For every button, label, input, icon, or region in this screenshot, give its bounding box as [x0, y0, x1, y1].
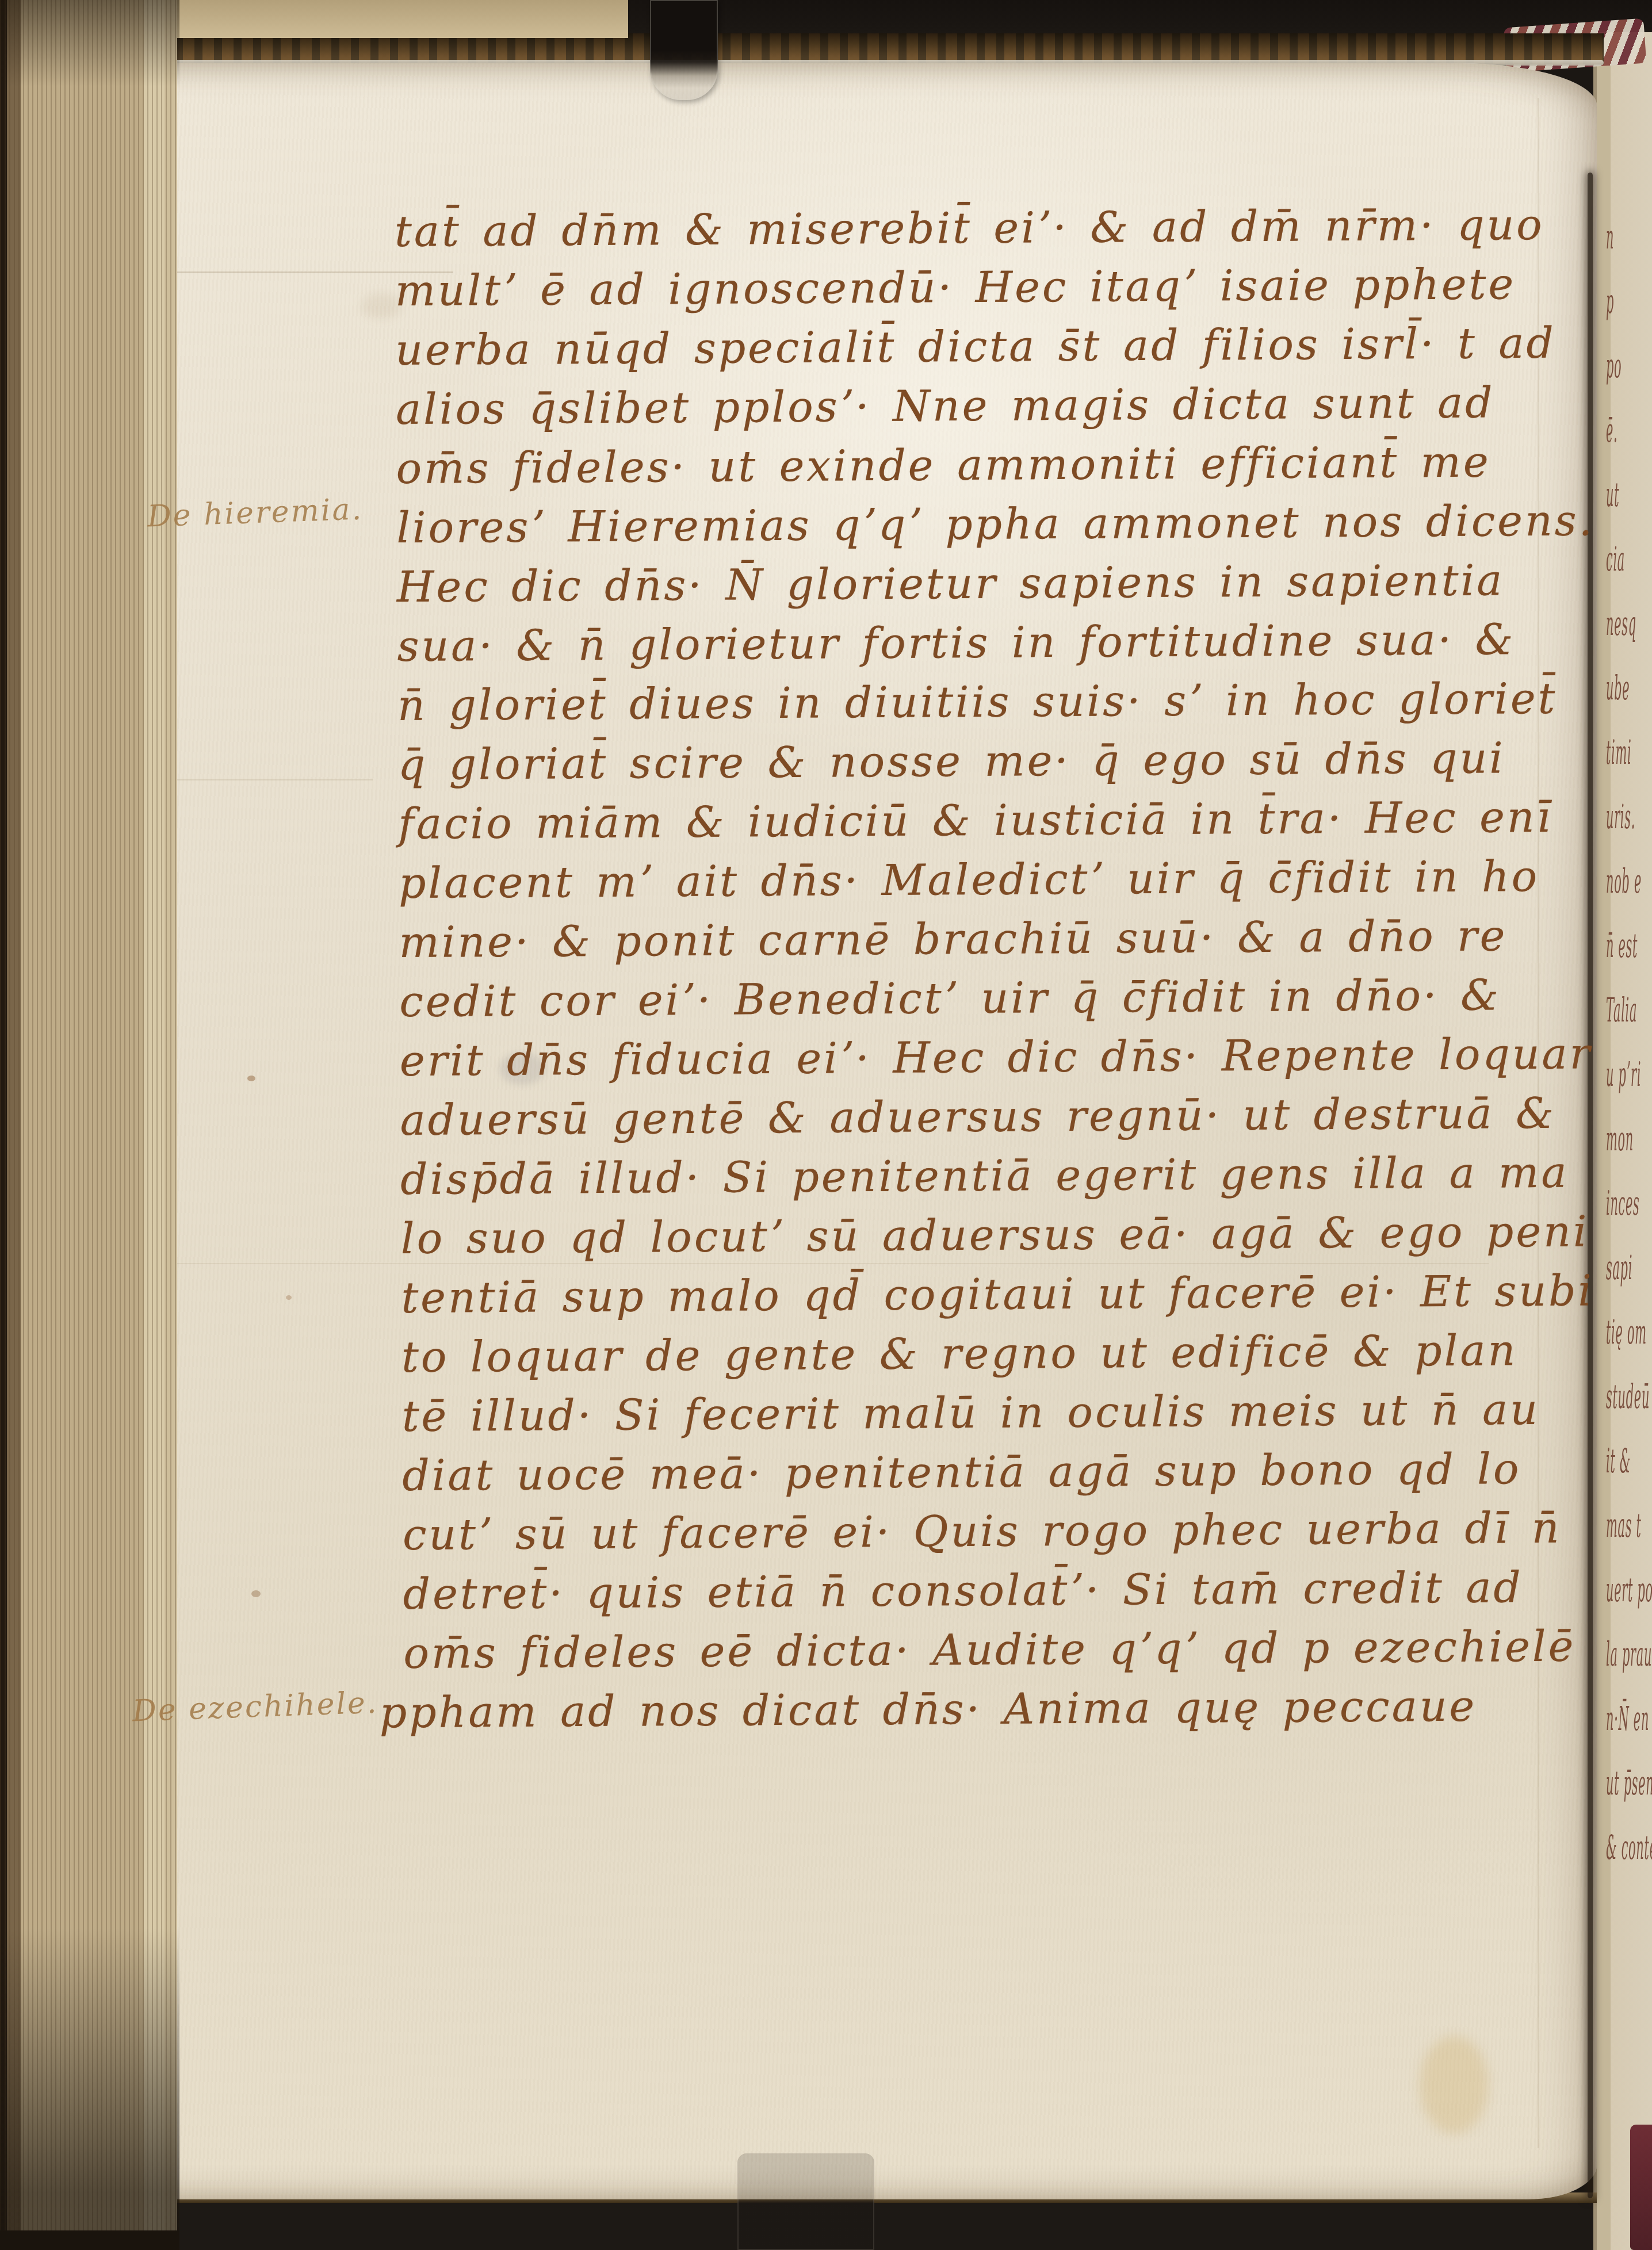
text-line: om̄s fideles eē dicta· Audite qʼqʼ qd p …: [403, 1617, 1543, 1683]
text-line: ppham ad nos dicat dn̄s· Anima quę pecca…: [380, 1677, 1543, 1743]
cradle-strap-top: [650, 0, 718, 100]
facing-page-text-fragment: p: [1606, 282, 1614, 321]
facing-page-text-fragment: n·N̄ en: [1606, 1699, 1649, 1738]
facing-page-text-fragment: n: [1606, 217, 1614, 257]
stain: [251, 1590, 261, 1597]
facing-page-text-fragment: nesq: [1606, 604, 1636, 643]
facing-page-text-fragment: timi: [1606, 733, 1631, 772]
facing-page-text-fragment: it &: [1606, 1441, 1631, 1480]
facing-page-text-fragment: mon: [1606, 1119, 1634, 1158]
facing-page-text-fragment: Talia: [1606, 990, 1637, 1030]
facing-page-text-fragment: ut: [1606, 475, 1619, 514]
text-line: erit dn̄s fiducia eiʼ· Hec dic dn̄s· Rep…: [400, 1025, 1539, 1091]
text-line: disp̄dā illud· Si penitentiā egerit gens…: [400, 1143, 1540, 1210]
text-line: detret̄· quis etiā n̄ consolat̄ʼ· Si tam…: [403, 1558, 1542, 1624]
text-line: tentiā sup malo qd̄ cogitaui ut facerē e…: [401, 1262, 1540, 1328]
text-line: n̄ gloriet̄ diues in diuitiis suis· sʼ i…: [397, 669, 1537, 736]
text-line: om̄s fideles· ut exinde ammoniti efficia…: [396, 433, 1535, 499]
facing-page-text-fragment: ube: [1606, 668, 1630, 707]
stain: [286, 1295, 292, 1300]
main-text-block: tat̄ ad dn̄m & miserebit̄ eiʼ· & ad dm̄ …: [395, 196, 1543, 1743]
text-line: mine· & ponit carnē brachiū suū· & a dn̄…: [399, 906, 1538, 973]
facing-page-text-fragment: mas t: [1606, 1506, 1642, 1545]
text-line: facio miām & iudiciū & iusticiā in t̄ra·…: [398, 788, 1538, 854]
facing-page-text-fragment: n̄ est: [1606, 926, 1638, 965]
text-line: tē illud· Si fecerit malū in oculis meis…: [401, 1380, 1541, 1447]
text-line: cutʼ sū ut facerē ei· Quis rogo phec uer…: [403, 1499, 1542, 1565]
stain: [1420, 2036, 1489, 2134]
gutter-shadow: [1588, 173, 1593, 2198]
facing-page-text-fragment: cia: [1606, 539, 1625, 579]
text-line: tat̄ ad dn̄m & miserebit̄ eiʼ· & ad dm̄ …: [395, 196, 1534, 262]
binding-edge: [1630, 2125, 1652, 2250]
text-line: placent mʼ ait dn̄s· Maledictʼ uir q̄ c̄…: [399, 847, 1538, 913]
text-line: diat uocē meā· penitentiā agā sup bono q…: [402, 1440, 1542, 1506]
facing-page-text-fragment: inces: [1606, 1184, 1639, 1223]
cradle-strap-bottom: [737, 2153, 874, 2250]
text-line: aduersū gentē & aduersus regnū· ut destr…: [400, 1084, 1539, 1150]
text-line: cedit cor eiʼ· Benedictʼ uir q̄ c̄fidit …: [399, 966, 1539, 1032]
text-line: lioresʼ Hieremias qʼqʼ ppha ammonet nos …: [396, 492, 1536, 558]
facing-page-text-fragment: po: [1606, 346, 1622, 385]
facing-page-text-fragment: u pʼri: [1606, 1055, 1641, 1094]
stain: [247, 1076, 255, 1081]
text-line: Hec dic dn̄s· N̄ glorietur sapiens in sa…: [397, 551, 1536, 617]
facing-page-text-fragment: ē.: [1606, 411, 1617, 450]
facing-page-text-fragment: sapi: [1606, 1248, 1632, 1287]
text-line: uerba nūqd specialit̄ dicta s̄t ad filio…: [395, 314, 1535, 380]
text-line: q̄ gloriat̄ scire & nosse me· q̄ ego sū …: [398, 729, 1538, 795]
text-line: to loquar de gente & regno ut edificē & …: [401, 1321, 1541, 1387]
facing-page-sliver: nppoē.utcianesqubetimiuris.nob en̄ estTa…: [1593, 32, 1652, 2250]
facing-page-text-fragment: la prau: [1606, 1635, 1652, 1674]
page-stack-edges: [0, 0, 179, 2250]
facing-page-text-fragment: tię om: [1606, 1312, 1647, 1352]
text-line: sua· & n̄ glorietur fortis in fortitudin…: [397, 610, 1536, 676]
facing-page-text-fragment: ut p̄sen: [1606, 1763, 1652, 1803]
facing-page-text-fragment: uris.: [1606, 797, 1635, 836]
text-line: alios q̄slibet pplosʼ· Nne magis dicta s…: [396, 373, 1535, 439]
text-line: multʼ ē ad ignoscendū· Hec itaqʼ isaie p…: [395, 255, 1534, 321]
manuscript-photo: nppoē.utcianesqubetimiuris.nob en̄ estTa…: [0, 0, 1652, 2250]
facing-page-text-fragment: & contē: [1606, 1828, 1652, 1867]
facing-page-text-fragment: uert po: [1606, 1570, 1652, 1609]
facing-page-text-fragment: studeū: [1606, 1377, 1650, 1416]
facing-page-text-fragment: nob e: [1606, 862, 1642, 901]
text-line: lo suo qd locutʼ sū aduersus eā· agā & e…: [401, 1203, 1540, 1269]
